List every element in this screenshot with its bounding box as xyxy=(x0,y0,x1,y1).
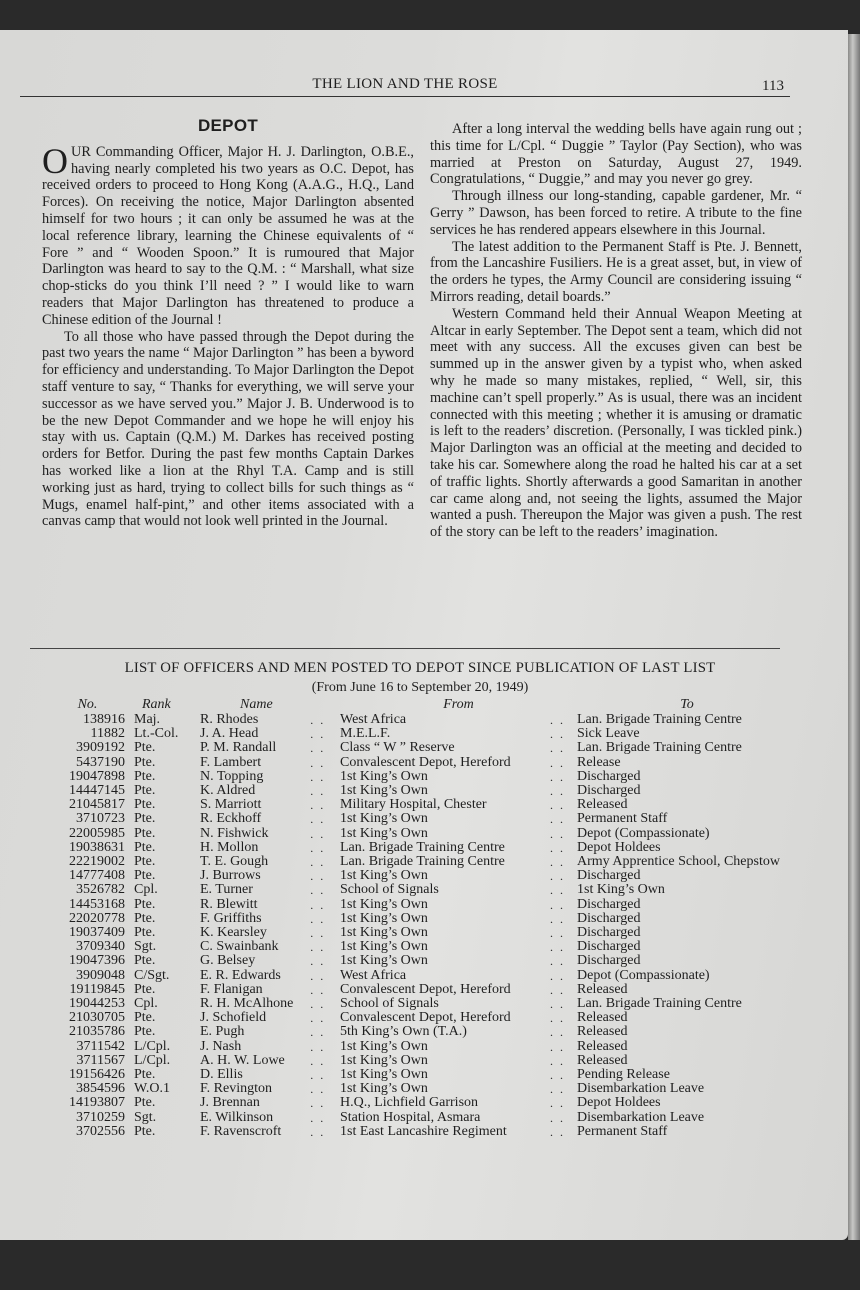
leader-dots: . . xyxy=(550,741,577,755)
rank: Lt.-Col. xyxy=(134,727,200,741)
leader-dots: . . xyxy=(310,1011,340,1025)
column-header-no: No. xyxy=(50,697,134,713)
rank: Pte. xyxy=(134,770,200,784)
posted-from: 1st King’s Own xyxy=(340,812,550,826)
posted-from: 1st King’s Own xyxy=(340,898,550,912)
roster-row: 21045817Pte.S. Marriott. .Military Hospi… xyxy=(50,798,797,812)
posted-to: Discharged xyxy=(577,940,797,954)
leader-dots: . . xyxy=(310,983,340,997)
leader-dots: . . xyxy=(310,969,340,983)
article-title: DEPOT xyxy=(42,118,414,135)
posted-from: Convalescent Depot, Hereford xyxy=(340,1011,550,1025)
roster-row: 19037409Pte.K. Kearsley. .1st King’s Own… xyxy=(50,926,797,940)
rank: Pte. xyxy=(134,756,200,770)
roster-row: 14777408Pte.J. Burrows. .1st King’s Own.… xyxy=(50,869,797,883)
column-header-name: Name xyxy=(200,697,340,713)
roster-row: 3710723Pte.R. Eckhoff. .1st King’s Own. … xyxy=(50,812,797,826)
service-number: 3702556 xyxy=(50,1125,134,1139)
posted-from: West Africa xyxy=(340,969,550,983)
leader-dots: . . xyxy=(310,1125,340,1139)
rank: Pte. xyxy=(134,784,200,798)
rank: Pte. xyxy=(134,827,200,841)
article-paragraph: OUR Commanding Officer, Major H. J. Darl… xyxy=(42,144,414,329)
rank: W.O.1 xyxy=(134,1082,200,1096)
drop-cap: O xyxy=(42,146,68,176)
name: E. Pugh xyxy=(200,1025,310,1039)
posted-to: Discharged xyxy=(577,926,797,940)
name: G. Belsey xyxy=(200,954,310,968)
service-number: 3526782 xyxy=(50,883,134,897)
article-paragraph: Through illness our long-standing, capab… xyxy=(430,188,802,238)
service-number: 14447145 xyxy=(50,784,134,798)
name: S. Marriott xyxy=(200,798,310,812)
article-paragraph: Western Command held their Annual Weapon… xyxy=(430,306,802,541)
leader-dots: . . xyxy=(310,997,340,1011)
leader-dots: . . xyxy=(310,1040,340,1054)
name: N. Fishwick xyxy=(200,827,310,841)
rank: Cpl. xyxy=(134,997,200,1011)
roster-row: 3711542L/Cpl.J. Nash. .1st King’s Own. .… xyxy=(50,1040,797,1054)
roster-row: 19047898Pte.N. Topping. .1st King’s Own.… xyxy=(50,770,797,784)
roster-row: 3710259Sgt.E. Wilkinson. .Station Hospit… xyxy=(50,1111,797,1125)
posted-to: Permanent Staff xyxy=(577,812,797,826)
service-number: 3709340 xyxy=(50,940,134,954)
leader-dots: . . xyxy=(310,954,340,968)
posted-to: Discharged xyxy=(577,770,797,784)
roster-row: 14453168Pte.R. Blewitt. .1st King’s Own.… xyxy=(50,898,797,912)
posted-from: 5th King’s Own (T.A.) xyxy=(340,1025,550,1039)
service-number: 19044253 xyxy=(50,997,134,1011)
service-number: 11882 xyxy=(50,727,134,741)
roster-row: 22020778Pte.F. Griffiths. .1st King’s Ow… xyxy=(50,912,797,926)
leader-dots: . . xyxy=(550,898,577,912)
posted-from: 1st King’s Own xyxy=(340,1054,550,1068)
rank: Pte. xyxy=(134,954,200,968)
leader-dots: . . xyxy=(550,770,577,784)
posted-from: School of Signals xyxy=(340,997,550,1011)
name: J. Nash xyxy=(200,1040,310,1054)
leader-dots: . . xyxy=(550,1125,577,1139)
posted-from: M.E.L.F. xyxy=(340,727,550,741)
roster-row: 138916Maj.R. Rhodes. .West Africa. .Lan.… xyxy=(50,713,797,727)
roster-heading: LIST OF OFFICERS AND MEN POSTED TO DEPOT… xyxy=(40,660,800,677)
column-header-to: To xyxy=(577,697,797,713)
posted-to: Depot (Compassionate) xyxy=(577,827,797,841)
roster-row: 3854596W.O.1F. Revington. .1st King’s Ow… xyxy=(50,1082,797,1096)
service-number: 3854596 xyxy=(50,1082,134,1096)
leader-dots: . . xyxy=(310,926,340,940)
name: F. Ravenscroft xyxy=(200,1125,310,1139)
rank: L/Cpl. xyxy=(134,1040,200,1054)
page-edge xyxy=(848,34,860,1240)
posted-from: 1st King’s Own xyxy=(340,912,550,926)
roster-row: 3909048C/Sgt.E. R. Edwards. .West Africa… xyxy=(50,969,797,983)
posted-from: 1st King’s Own xyxy=(340,926,550,940)
roster-row: 19044253Cpl.R. H. McAlhone. .School of S… xyxy=(50,997,797,1011)
service-number: 14453168 xyxy=(50,898,134,912)
posted-from: 1st King’s Own xyxy=(340,784,550,798)
leader-dots: . . xyxy=(310,713,340,727)
service-number: 19038631 xyxy=(50,841,134,855)
leader-dots: . . xyxy=(550,1011,577,1025)
posted-from: Class “ W ” Reserve xyxy=(340,741,550,755)
service-number: 19037409 xyxy=(50,926,134,940)
service-number: 3710723 xyxy=(50,812,134,826)
leader-dots: . . xyxy=(550,855,577,869)
rank: Pte. xyxy=(134,841,200,855)
leader-dots: . . xyxy=(550,727,577,741)
name: J. Schofield xyxy=(200,1011,310,1025)
leader-dots: . . xyxy=(550,1025,577,1039)
rank: Maj. xyxy=(134,713,200,727)
rank: Pte. xyxy=(134,1096,200,1110)
rank: Pte. xyxy=(134,983,200,997)
article-paragraph: The latest addition to the Permanent Sta… xyxy=(430,239,802,306)
leader-dots: . . xyxy=(550,827,577,841)
leader-dots: . . xyxy=(310,940,340,954)
rank: Pte. xyxy=(134,1068,200,1082)
posted-to: Discharged xyxy=(577,898,797,912)
rank: Cpl. xyxy=(134,883,200,897)
name: F. Lambert xyxy=(200,756,310,770)
roster-row: 3909192Pte.P. M. Randall. .Class “ W ” R… xyxy=(50,741,797,755)
posted-from: 1st King’s Own xyxy=(340,940,550,954)
service-number: 14777408 xyxy=(50,869,134,883)
leader-dots: . . xyxy=(310,869,340,883)
rank: Pte. xyxy=(134,1125,200,1139)
name: K. Aldred xyxy=(200,784,310,798)
posted-to: Released xyxy=(577,1025,797,1039)
running-header: THE LION AND THE ROSE 113 xyxy=(20,74,790,97)
name: E. Turner xyxy=(200,883,310,897)
name: R. Eckhoff xyxy=(200,812,310,826)
roster-row: 19156426Pte.D. Ellis. .1st King’s Own. .… xyxy=(50,1068,797,1082)
leader-dots: . . xyxy=(550,869,577,883)
roster-row: 14193807Pte.J. Brennan. .H.Q., Lichfield… xyxy=(50,1096,797,1110)
leader-dots: . . xyxy=(310,827,340,841)
leader-dots: . . xyxy=(310,883,340,897)
service-number: 5437190 xyxy=(50,756,134,770)
posted-from: 1st King’s Own xyxy=(340,827,550,841)
posted-to: Released xyxy=(577,1040,797,1054)
article-right-column: After a long interval the wedding bells … xyxy=(430,121,802,541)
posted-to: Sick Leave xyxy=(577,727,797,741)
leader-dots: . . xyxy=(550,1096,577,1110)
column-header-rank: Rank xyxy=(134,697,200,713)
leader-dots: . . xyxy=(550,883,577,897)
page-number: 113 xyxy=(762,78,784,95)
leader-dots: . . xyxy=(310,756,340,770)
roster-row: 19038631Pte.H. Mollon. .Lan. Brigade Tra… xyxy=(50,841,797,855)
posted-to: Lan. Brigade Training Centre xyxy=(577,713,797,727)
service-number: 19047898 xyxy=(50,770,134,784)
rank: Pte. xyxy=(134,926,200,940)
roster-table: No. Rank Name From To 138916Maj.R. Rhode… xyxy=(50,697,797,1139)
service-number: 21030705 xyxy=(50,1011,134,1025)
posted-from: H.Q., Lichfield Garrison xyxy=(340,1096,550,1110)
posted-to: Released xyxy=(577,1054,797,1068)
roster-row: 3711567L/Cpl.A. H. W. Lowe. .1st King’s … xyxy=(50,1054,797,1068)
posted-from: Convalescent Depot, Hereford xyxy=(340,983,550,997)
leader-dots: . . xyxy=(310,912,340,926)
posted-to: Discharged xyxy=(577,954,797,968)
leader-dots: . . xyxy=(550,1111,577,1125)
article-left-column: DEPOT OUR Commanding Officer, Major H. J… xyxy=(42,118,414,530)
name: P. M. Randall xyxy=(200,741,310,755)
roster-body: 138916Maj.R. Rhodes. .West Africa. .Lan.… xyxy=(50,713,797,1139)
posted-to: Lan. Brigade Training Centre xyxy=(577,997,797,1011)
name: R. Rhodes xyxy=(200,713,310,727)
leader-dots: . . xyxy=(550,954,577,968)
name: F. Revington xyxy=(200,1082,310,1096)
name: K. Kearsley xyxy=(200,926,310,940)
leader-dots: . . xyxy=(310,770,340,784)
leader-dots: . . xyxy=(550,983,577,997)
leader-dots: . . xyxy=(550,940,577,954)
posted-to: Depot Holdees xyxy=(577,841,797,855)
name: J. A. Head xyxy=(200,727,310,741)
leader-dots: . . xyxy=(550,1040,577,1054)
posted-from: 1st King’s Own xyxy=(340,1040,550,1054)
rank: Pte. xyxy=(134,741,200,755)
name: R. Blewitt xyxy=(200,898,310,912)
service-number: 3711542 xyxy=(50,1040,134,1054)
leader-dots: . . xyxy=(550,1082,577,1096)
posted-from: West Africa xyxy=(340,713,550,727)
roster-row: 19047396Pte.G. Belsey. .1st King’s Own. … xyxy=(50,954,797,968)
leader-dots: . . xyxy=(310,1082,340,1096)
article-paragraph: After a long interval the wedding bells … xyxy=(430,121,802,188)
posted-to: Disembarkation Leave xyxy=(577,1111,797,1125)
service-number: 21035786 xyxy=(50,1025,134,1039)
running-title: THE LION AND THE ROSE xyxy=(20,76,790,93)
rank: C/Sgt. xyxy=(134,969,200,983)
posted-from: 1st King’s Own xyxy=(340,954,550,968)
rank: Sgt. xyxy=(134,940,200,954)
leader-dots: . . xyxy=(310,898,340,912)
service-number: 3711567 xyxy=(50,1054,134,1068)
posted-to: Lan. Brigade Training Centre xyxy=(577,741,797,755)
posted-to: Discharged xyxy=(577,912,797,926)
leader-dots: . . xyxy=(310,798,340,812)
leader-dots: . . xyxy=(310,812,340,826)
rank: Pte. xyxy=(134,898,200,912)
name: T. E. Gough xyxy=(200,855,310,869)
service-number: 3909192 xyxy=(50,741,134,755)
leader-dots: . . xyxy=(310,1025,340,1039)
rank: Pte. xyxy=(134,855,200,869)
roster-row: 19119845Pte.F. Flanigan. .Convalescent D… xyxy=(50,983,797,997)
roster-row: 21035786Pte.E. Pugh. .5th King’s Own (T.… xyxy=(50,1025,797,1039)
leader-dots: . . xyxy=(550,926,577,940)
service-number: 3710259 xyxy=(50,1111,134,1125)
leader-dots: . . xyxy=(550,997,577,1011)
service-number: 21045817 xyxy=(50,798,134,812)
rank: Pte. xyxy=(134,1025,200,1039)
leader-dots: . . xyxy=(550,812,577,826)
name: R. H. McAlhone xyxy=(200,997,310,1011)
name: H. Mollon xyxy=(200,841,310,855)
rank: Pte. xyxy=(134,912,200,926)
roster-row: 3526782Cpl.E. Turner. .School of Signals… xyxy=(50,883,797,897)
service-number: 22020778 xyxy=(50,912,134,926)
posted-from: School of Signals xyxy=(340,883,550,897)
roster-row: 3702556Pte.F. Ravenscroft. .1st East Lan… xyxy=(50,1125,797,1139)
posted-to: Released xyxy=(577,983,797,997)
posted-from: 1st King’s Own xyxy=(340,770,550,784)
posted-from: Lan. Brigade Training Centre xyxy=(340,841,550,855)
leader-dots: . . xyxy=(550,713,577,727)
leader-dots: . . xyxy=(310,855,340,869)
name: J. Burrows xyxy=(200,869,310,883)
leader-dots: . . xyxy=(550,784,577,798)
service-number: 14193807 xyxy=(50,1096,134,1110)
posted-to: Release xyxy=(577,756,797,770)
section-divider xyxy=(30,648,780,649)
leader-dots: . . xyxy=(550,969,577,983)
posted-to: Discharged xyxy=(577,784,797,798)
roster-row: 21030705Pte.J. Schofield. .Convalescent … xyxy=(50,1011,797,1025)
posted-to: Disembarkation Leave xyxy=(577,1082,797,1096)
name: D. Ellis xyxy=(200,1068,310,1082)
name: E. Wilkinson xyxy=(200,1111,310,1125)
posted-from: 1st East Lancashire Regiment xyxy=(340,1125,550,1139)
rank: Pte. xyxy=(134,869,200,883)
name: C. Swainbank xyxy=(200,940,310,954)
posted-from: Station Hospital, Asmara xyxy=(340,1111,550,1125)
rank: Pte. xyxy=(134,1011,200,1025)
service-number: 138916 xyxy=(50,713,134,727)
service-number: 19047396 xyxy=(50,954,134,968)
leader-dots: . . xyxy=(310,841,340,855)
leader-dots: . . xyxy=(550,756,577,770)
roster-row: 14447145Pte.K. Aldred. .1st King’s Own. … xyxy=(50,784,797,798)
leader-dots: . . xyxy=(310,1096,340,1110)
posted-from: 1st King’s Own xyxy=(340,1082,550,1096)
name: E. R. Edwards xyxy=(200,969,310,983)
roster-row: 3709340Sgt.C. Swainbank. .1st King’s Own… xyxy=(50,940,797,954)
leader-dots: . . xyxy=(310,1111,340,1125)
posted-from: Lan. Brigade Training Centre xyxy=(340,855,550,869)
posted-to: Permanent Staff xyxy=(577,1125,797,1139)
posted-from: Military Hospital, Chester xyxy=(340,798,550,812)
service-number: 22219002 xyxy=(50,855,134,869)
column-header-from: From xyxy=(340,697,577,713)
posted-to: Pending Release xyxy=(577,1068,797,1082)
article-paragraph: To all those who have passed through the… xyxy=(42,329,414,531)
posted-to: Released xyxy=(577,1011,797,1025)
posted-from: Convalescent Depot, Hereford xyxy=(340,756,550,770)
leader-dots: . . xyxy=(310,727,340,741)
posted-to: Depot (Compassionate) xyxy=(577,969,797,983)
leader-dots: . . xyxy=(310,1068,340,1082)
roster-row: 11882Lt.-Col.J. A. Head. .M.E.L.F.. .Sic… xyxy=(50,727,797,741)
leader-dots: . . xyxy=(550,841,577,855)
posted-to: Discharged xyxy=(577,869,797,883)
name: N. Topping xyxy=(200,770,310,784)
posted-from: 1st King’s Own xyxy=(340,869,550,883)
rank: L/Cpl. xyxy=(134,1054,200,1068)
leader-dots: . . xyxy=(310,741,340,755)
service-number: 19156426 xyxy=(50,1068,134,1082)
name: J. Brennan xyxy=(200,1096,310,1110)
roster-header-row: No. Rank Name From To xyxy=(50,697,797,713)
service-number: 3909048 xyxy=(50,969,134,983)
posted-to: Released xyxy=(577,798,797,812)
service-number: 22005985 xyxy=(50,827,134,841)
leader-dots: . . xyxy=(310,1054,340,1068)
posted-to: Army Apprentice School, Chepstow xyxy=(577,855,797,869)
name: A. H. W. Lowe xyxy=(200,1054,310,1068)
leader-dots: . . xyxy=(550,798,577,812)
posted-from: 1st King’s Own xyxy=(340,1068,550,1082)
leader-dots: . . xyxy=(550,1068,577,1082)
roster-row: 5437190Pte.F. Lambert. .Convalescent Dep… xyxy=(50,756,797,770)
posted-to: Depot Holdees xyxy=(577,1096,797,1110)
roster-date-range: (From June 16 to September 20, 1949) xyxy=(40,680,800,696)
rank: Sgt. xyxy=(134,1111,200,1125)
name: F. Flanigan xyxy=(200,983,310,997)
leader-dots: . . xyxy=(550,912,577,926)
roster-row: 22005985Pte.N. Fishwick. .1st King’s Own… xyxy=(50,827,797,841)
roster-row: 22219002Pte.T. E. Gough. .Lan. Brigade T… xyxy=(50,855,797,869)
leader-dots: . . xyxy=(310,784,340,798)
name: F. Griffiths xyxy=(200,912,310,926)
rank: Pte. xyxy=(134,812,200,826)
leader-dots: . . xyxy=(550,1054,577,1068)
rank: Pte. xyxy=(134,798,200,812)
posted-to: 1st King’s Own xyxy=(577,883,797,897)
service-number: 19119845 xyxy=(50,983,134,997)
